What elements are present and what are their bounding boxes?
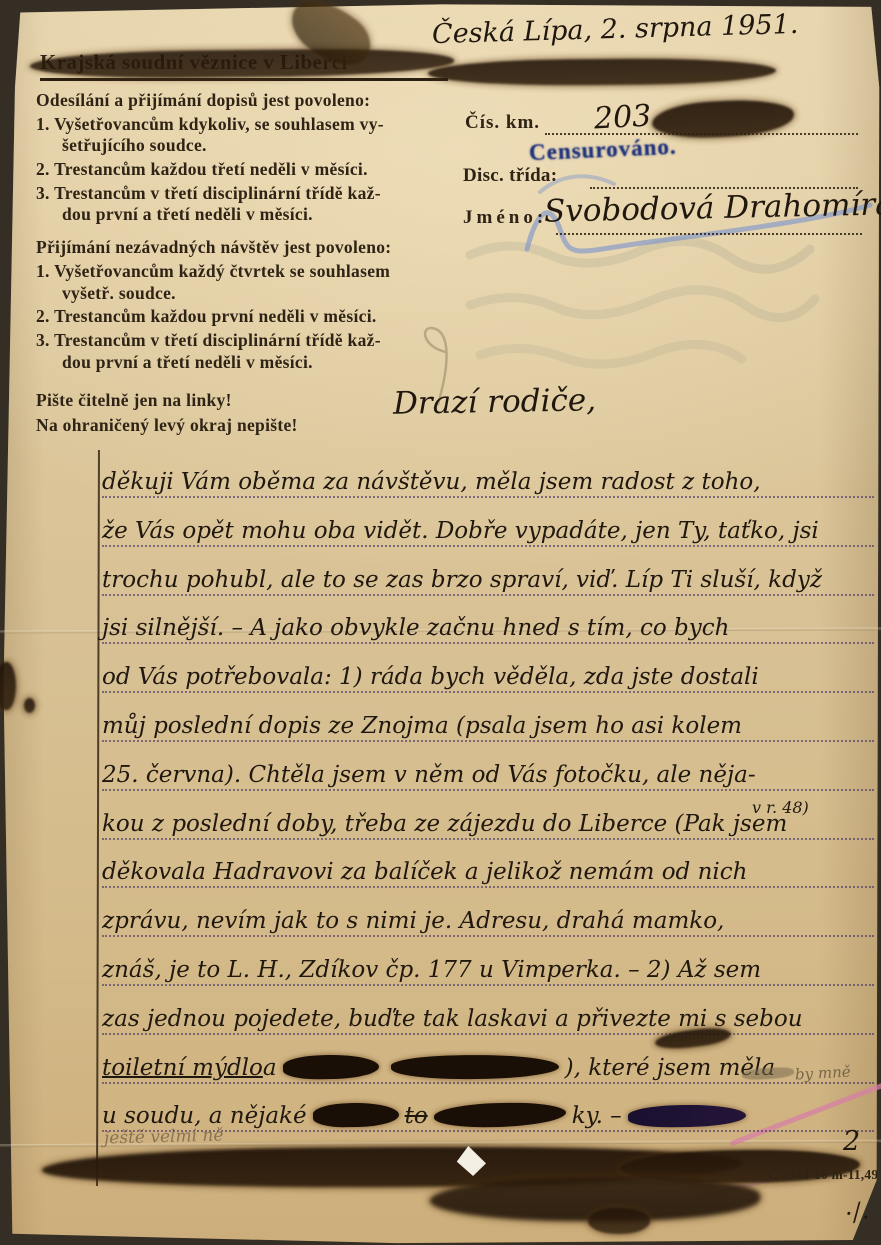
disc-trida-label: Disc. třída: — [463, 165, 557, 187]
letter-line: zas jednou pojedete, buďte tak laskavi a… — [102, 984, 874, 1035]
superscript-insertion: v r. 48) — [752, 798, 809, 817]
pencil-note-bottom: ještě velmi ně — [104, 1125, 224, 1148]
letter-line: znáš, je to L. H., Zdíkov čp. 177 u Vimp… — [102, 935, 874, 986]
salutation-handwriting: Drazí rodiče, — [393, 382, 597, 422]
letter-line: můj poslední dopis ze Znojma (psala jsem… — [102, 691, 874, 742]
ink-redaction-word — [433, 1102, 565, 1128]
underlined-word: toiletní mýdlo — [102, 1055, 263, 1081]
printed-rules: Odesílání a přijímání dopisů jest povole… — [36, 90, 454, 437]
letter-line: že Vás opět mohu oba vidět. Dobře vypadá… — [102, 496, 874, 547]
letter-body: děkuji Vám oběma za návštěvu, měla jsem … — [102, 447, 874, 1139]
pencil-margin-note: by mně — [795, 1063, 851, 1084]
ink-redaction-word — [390, 1054, 558, 1081]
jmeno-value-handwriting: Svobodová Drahomíra — [544, 186, 881, 229]
mail-rule-item: 1. Vyšetřovancům kdykoliv, se souhlasem … — [36, 114, 454, 157]
visit-rule-item: 2. Trestancům každou první neděli v měsí… — [36, 306, 454, 328]
mail-rule-item: 3. Trestancům v třetí disciplinární tříd… — [36, 183, 454, 226]
letter-line: trochu pohubl, ale to se zas brzo spraví… — [102, 545, 874, 596]
ink-redaction-word — [282, 1054, 378, 1080]
ink-redaction-word — [312, 1102, 398, 1127]
letter-line: 25. června). Chtěla jsem v něm od Vás fo… — [102, 740, 874, 791]
visit-rules-heading: Přijímání nezávadných návštěv jest povol… — [36, 237, 454, 259]
letter-line: od Vás potřebovala: 1) ráda bych věděla,… — [102, 642, 874, 693]
mail-rules-heading: Odesílání a přijímání dopisů jest povole… — [36, 90, 454, 112]
form-code: C 5344-10 m-11,49 — [768, 1167, 878, 1183]
scanned-prison-letter: { "document": { "dateline": "Česká Lípa,… — [0, 0, 881, 1245]
jmeno-label: Jméno: — [463, 207, 547, 229]
visit-rule-item: 3. Trestancům v třetí disciplinární tříd… — [36, 330, 454, 373]
mail-rule-item: 2. Trestancům každou třetí neděli v měsí… — [36, 159, 454, 181]
visit-rule-item: 1. Vyšetřovancům každý čtvrtek se souhla… — [36, 261, 454, 304]
ink-redaction-bottom — [588, 1208, 650, 1234]
page-number-handwriting: 2 — [843, 1126, 860, 1157]
letter-line: děkuji Vám oběma za návštěvu, měla jsem … — [102, 447, 874, 498]
ink-redaction-word — [628, 1104, 746, 1128]
margin-note-instruction: Na ohraničený levý okraj nepište! — [36, 415, 454, 437]
ink-smudge-left — [24, 698, 35, 713]
letter-line: jsi silnější. – A jako obvykle začnu hne… — [102, 593, 874, 644]
letter-line: děkovala Hadravovi za balíček a jelikož … — [102, 837, 874, 888]
cis-km-label: Čís. km. — [465, 112, 540, 134]
letter-line: zprávu, nevím jak to s nimi je. Adresu, … — [102, 886, 874, 937]
letter-text: ky. – — [572, 1103, 622, 1129]
letter-text: a — [263, 1055, 277, 1081]
write-legibly-note: Pište čitelně jen na linky! — [36, 390, 454, 412]
letter-line-redacted: u soudu, a nějaké to ky. – — [102, 1081, 874, 1132]
jmeno-rule — [556, 232, 862, 235]
struck-word: to — [405, 1103, 428, 1129]
cis-km-value-handwriting: 203 — [593, 99, 652, 137]
